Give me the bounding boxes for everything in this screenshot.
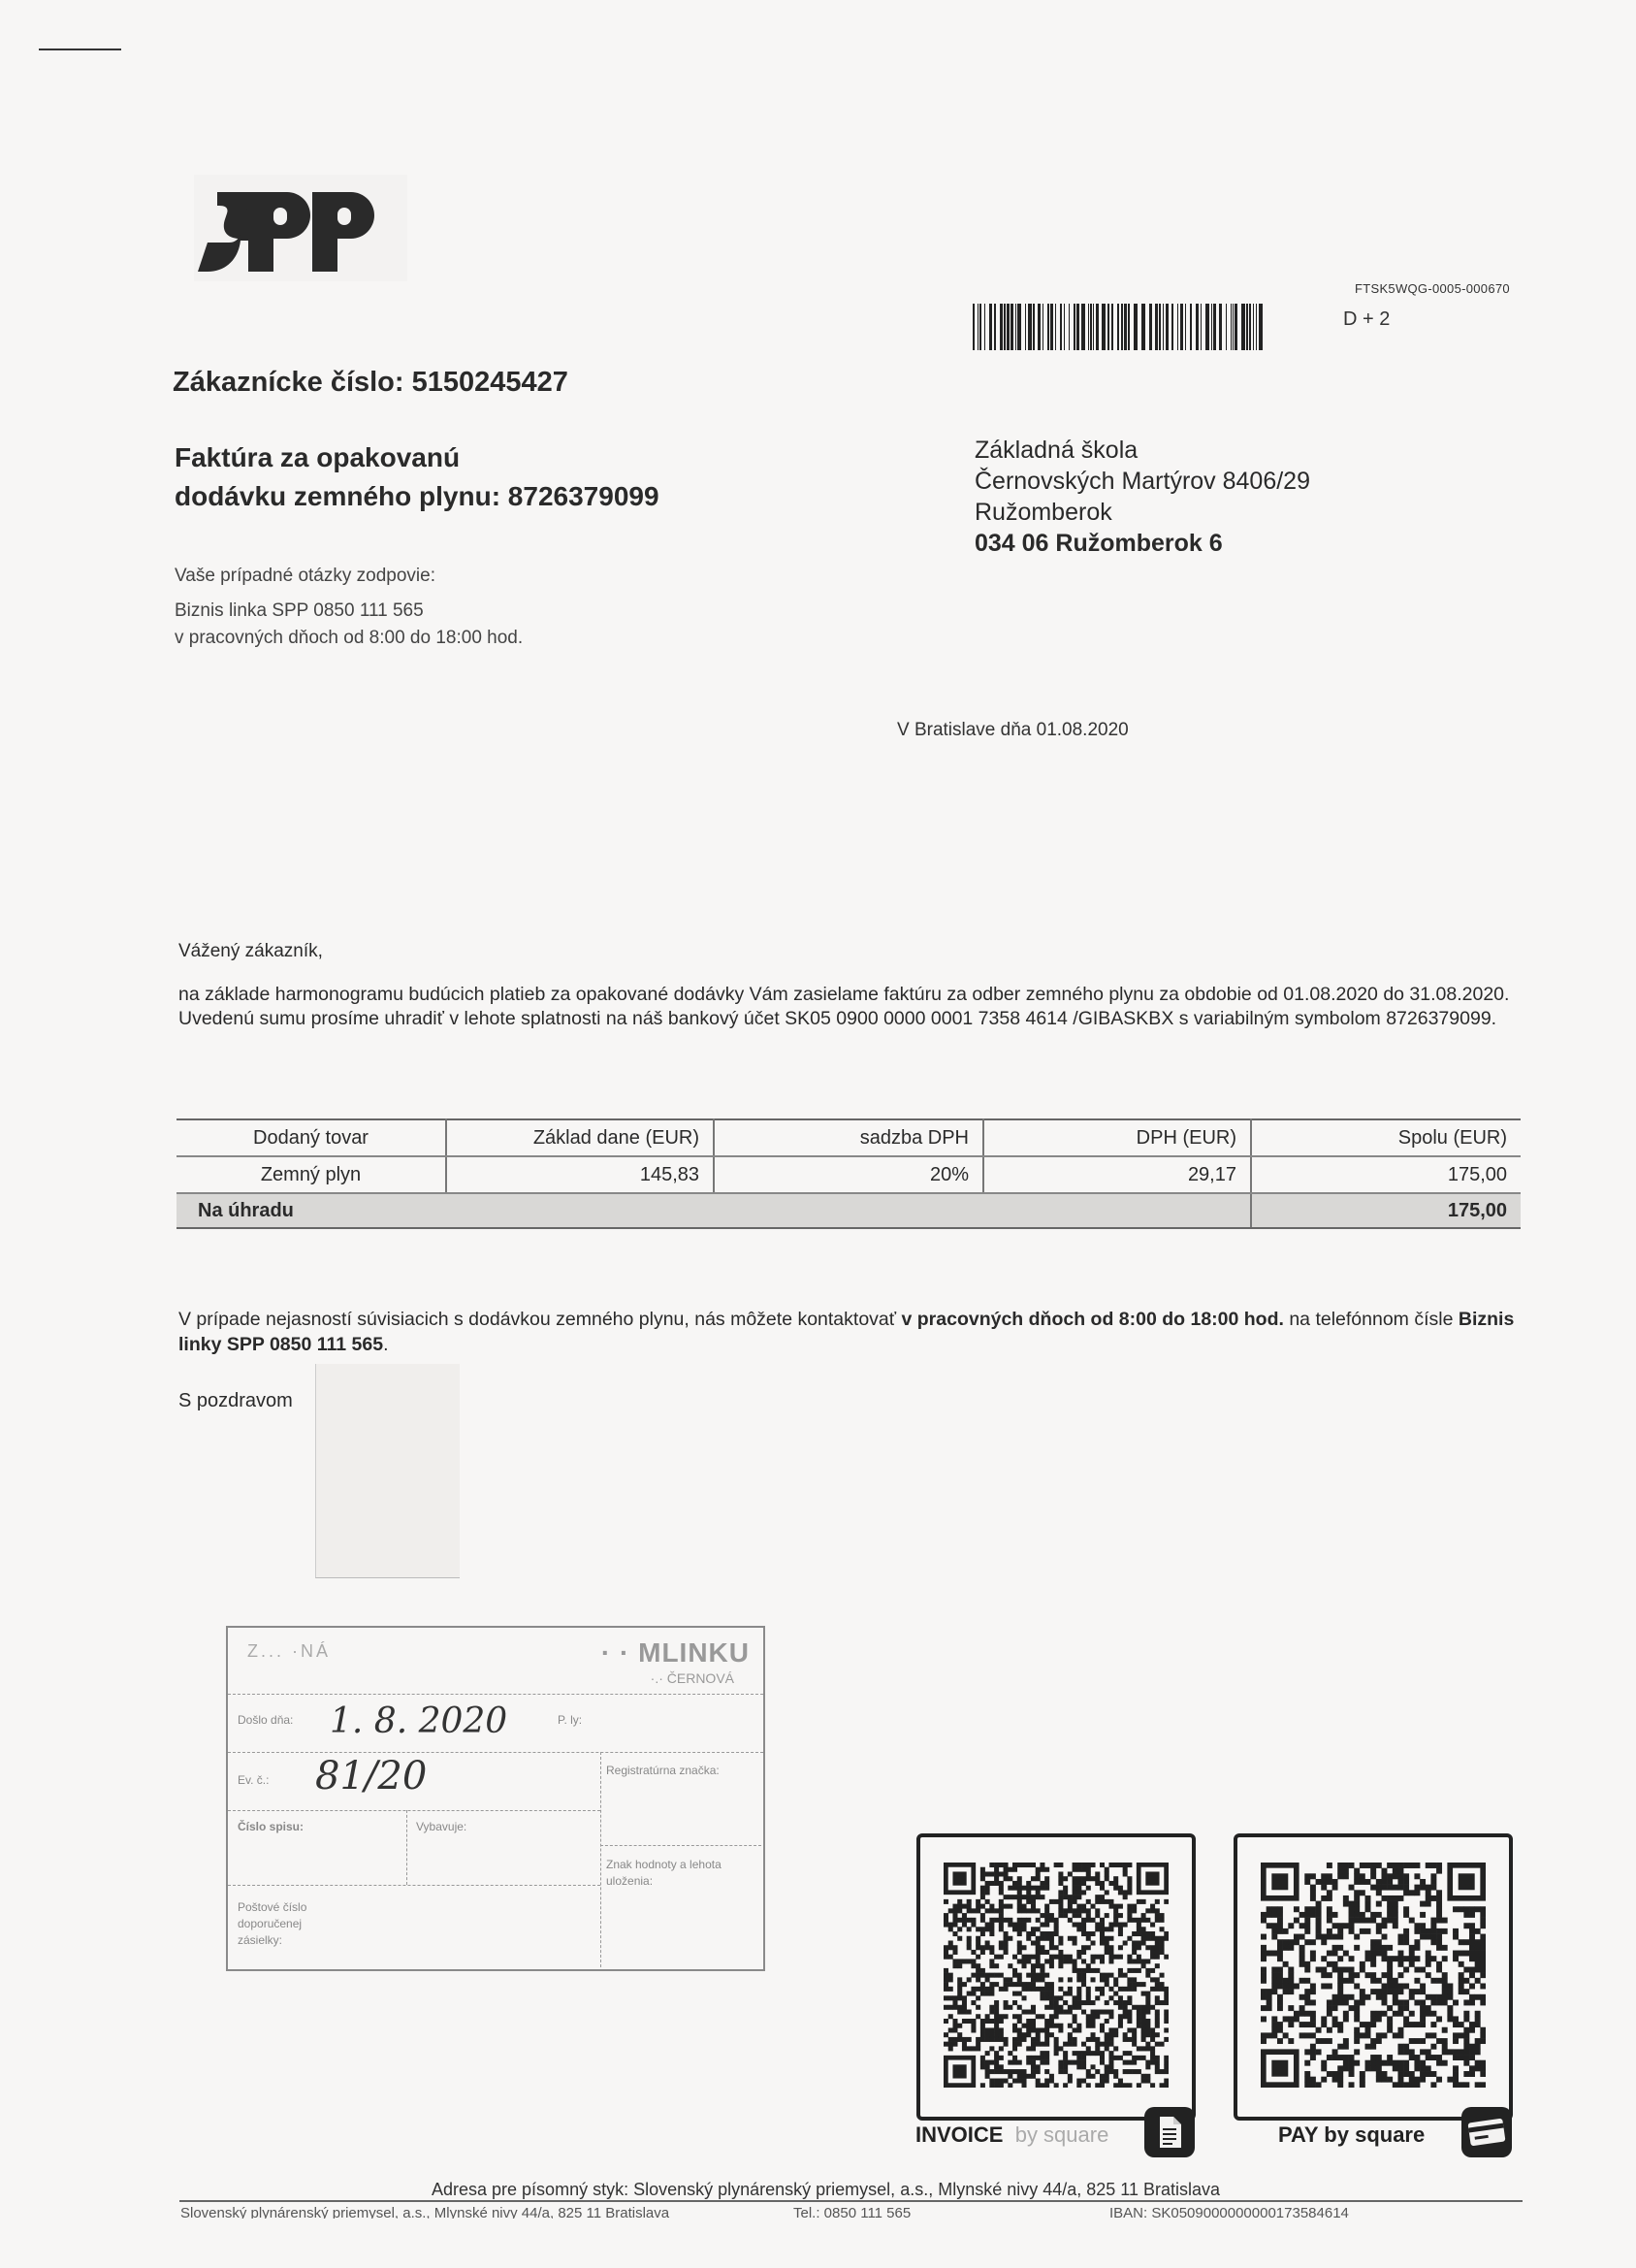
barcode [973, 304, 1266, 350]
document-icon [1144, 2107, 1195, 2157]
registry-stamp: Z... ·NÁ · · MLINKU ·.· ČERNOVÁ Došlo dň… [226, 1626, 765, 1971]
table-header-row: Dodaný tovar Základ dane (EUR) sadzba DP… [176, 1119, 1521, 1156]
recipient-name: Základná škola [975, 435, 1310, 466]
pay-by-square-label: PAY by square [1278, 2122, 1425, 2148]
stamp-org-left: Z... ·NÁ [247, 1641, 331, 1662]
qr-code-pay-icon [1261, 1863, 1486, 2088]
credit-card-icon [1461, 2107, 1512, 2157]
contact-block: Vaše prípadné otázky zodpovie: Biznis li… [175, 563, 523, 652]
closing-hours: v pracovných dňoch od 8:00 do 18:00 hod. [902, 1309, 1284, 1330]
recipient-address: Základná škola Černovských Martýrov 8406… [975, 435, 1310, 559]
scan-mark [39, 49, 121, 50]
stamp-org-sub: ·.· ČERNOVÁ [651, 1670, 734, 1686]
total-value: 175,00 [1251, 1193, 1521, 1228]
recipient-street: Černovských Martýrov 8406/29 [975, 466, 1310, 497]
stamp-handler-label: Vybavuje: [416, 1820, 466, 1833]
cell-item: Zemný plyn [176, 1156, 446, 1193]
stamp-value-label: Znak hodnoty a lehota uloženia: [606, 1857, 752, 1890]
recipient-city: Ružomberok [975, 497, 1310, 528]
regards: S pozdravom [178, 1390, 293, 1412]
col-header-item: Dodaný tovar [176, 1119, 446, 1156]
footer-divider [179, 2200, 1523, 2202]
invoice-by-square-label: INVOICE by square [915, 2122, 1108, 2148]
invoice-title-line2: dodávku zemného plynu: 8726379099 [175, 477, 659, 516]
sort-code: D + 2 [1343, 308, 1390, 331]
recipient-postal: 034 06 Ružomberok 6 [975, 528, 1310, 559]
date-line: V Bratislave dňa 01.08.2020 [897, 720, 1129, 741]
invoice-title: Faktúra za opakovanú dodávku zemného ply… [175, 438, 659, 516]
footer-phone: Tel.: 0850 111 565 [793, 2205, 911, 2219]
qr-code-invoice-icon [944, 1863, 1169, 2088]
col-header-base: Základ dane (EUR) [446, 1119, 714, 1156]
col-header-total: Spolu (EUR) [1251, 1119, 1521, 1156]
body-paragraph-2: Uvedenú sumu prosíme uhradiť v lehote sp… [178, 1007, 1526, 1031]
body-paragraph-1: na základe harmonogramu budúcich platieb… [178, 983, 1526, 1007]
stamp-file-label: Číslo spisu: [238, 1820, 304, 1833]
invoice-title-line1: Faktúra za opakovanú [175, 438, 659, 477]
stamp-postal-label: Poštové číslo doporučenej zásielky: [238, 1899, 306, 1949]
pay-qr-code [1234, 1833, 1513, 2121]
stamp-attachments-label: P. ly: [558, 1713, 582, 1727]
document-code: FTSK5WQG-0005-000670 [1355, 281, 1510, 296]
col-header-vat: DPH (EUR) [983, 1119, 1251, 1156]
stamp-ev-label: Ev. č.: [238, 1773, 269, 1787]
contact-hours: v pracovných dňoch od 8:00 do 18:00 hod. [175, 625, 523, 652]
stamp-received-label: Došlo dňa: [238, 1713, 293, 1727]
cell-total: 175,00 [1251, 1156, 1521, 1193]
stamp-ev-value: 81/20 [315, 1754, 427, 1798]
stamp-org-right: · · MLINKU [601, 1637, 750, 1669]
table-total-row: Na úhradu 175,00 [176, 1193, 1521, 1228]
cell-base: 145,83 [446, 1156, 714, 1193]
cell-vat: 29,17 [983, 1156, 1251, 1193]
footer-company: Slovenský plynárenský priemysel, a.s., M… [180, 2205, 669, 2219]
contact-line: Biznis linka SPP 0850 111 565 [175, 598, 523, 625]
invoice-table: Dodaný tovar Základ dane (EUR) sadzba DP… [176, 1118, 1521, 1229]
stamp-received-value: 1. 8. 2020 [330, 1701, 507, 1741]
spp-logo [194, 175, 407, 281]
customer-number: Zákaznícke číslo: 5150245427 [173, 367, 568, 399]
total-label: Na úhradu [176, 1193, 1251, 1228]
footer-iban: IBAN: SK0509000000000173584614 [1109, 2205, 1349, 2219]
col-header-vat-rate: sadzba DPH [714, 1119, 983, 1156]
body-text: na základe harmonogramu budúcich platieb… [178, 983, 1526, 1031]
contact-intro: Vaše prípadné otázky zodpovie: [175, 563, 523, 590]
invoice-qr-code [916, 1833, 1196, 2121]
signature-patch [315, 1364, 460, 1578]
stamp-registry-label: Registratúrna značka: [606, 1764, 759, 1777]
closing-text: V prípade nejasností súvisiacich s dodáv… [178, 1307, 1526, 1357]
table-row: Zemný plyn 145,83 20% 29,17 175,00 [176, 1156, 1521, 1193]
footer-company-info: Slovenský plynárenský priemysel, a.s., M… [180, 2205, 1528, 2219]
greeting: Vážený zákazník, [178, 941, 323, 962]
cell-vat-rate: 20% [714, 1156, 983, 1193]
footer-address: Adresa pre písomný styk: Slovenský plyná… [432, 2180, 1220, 2200]
